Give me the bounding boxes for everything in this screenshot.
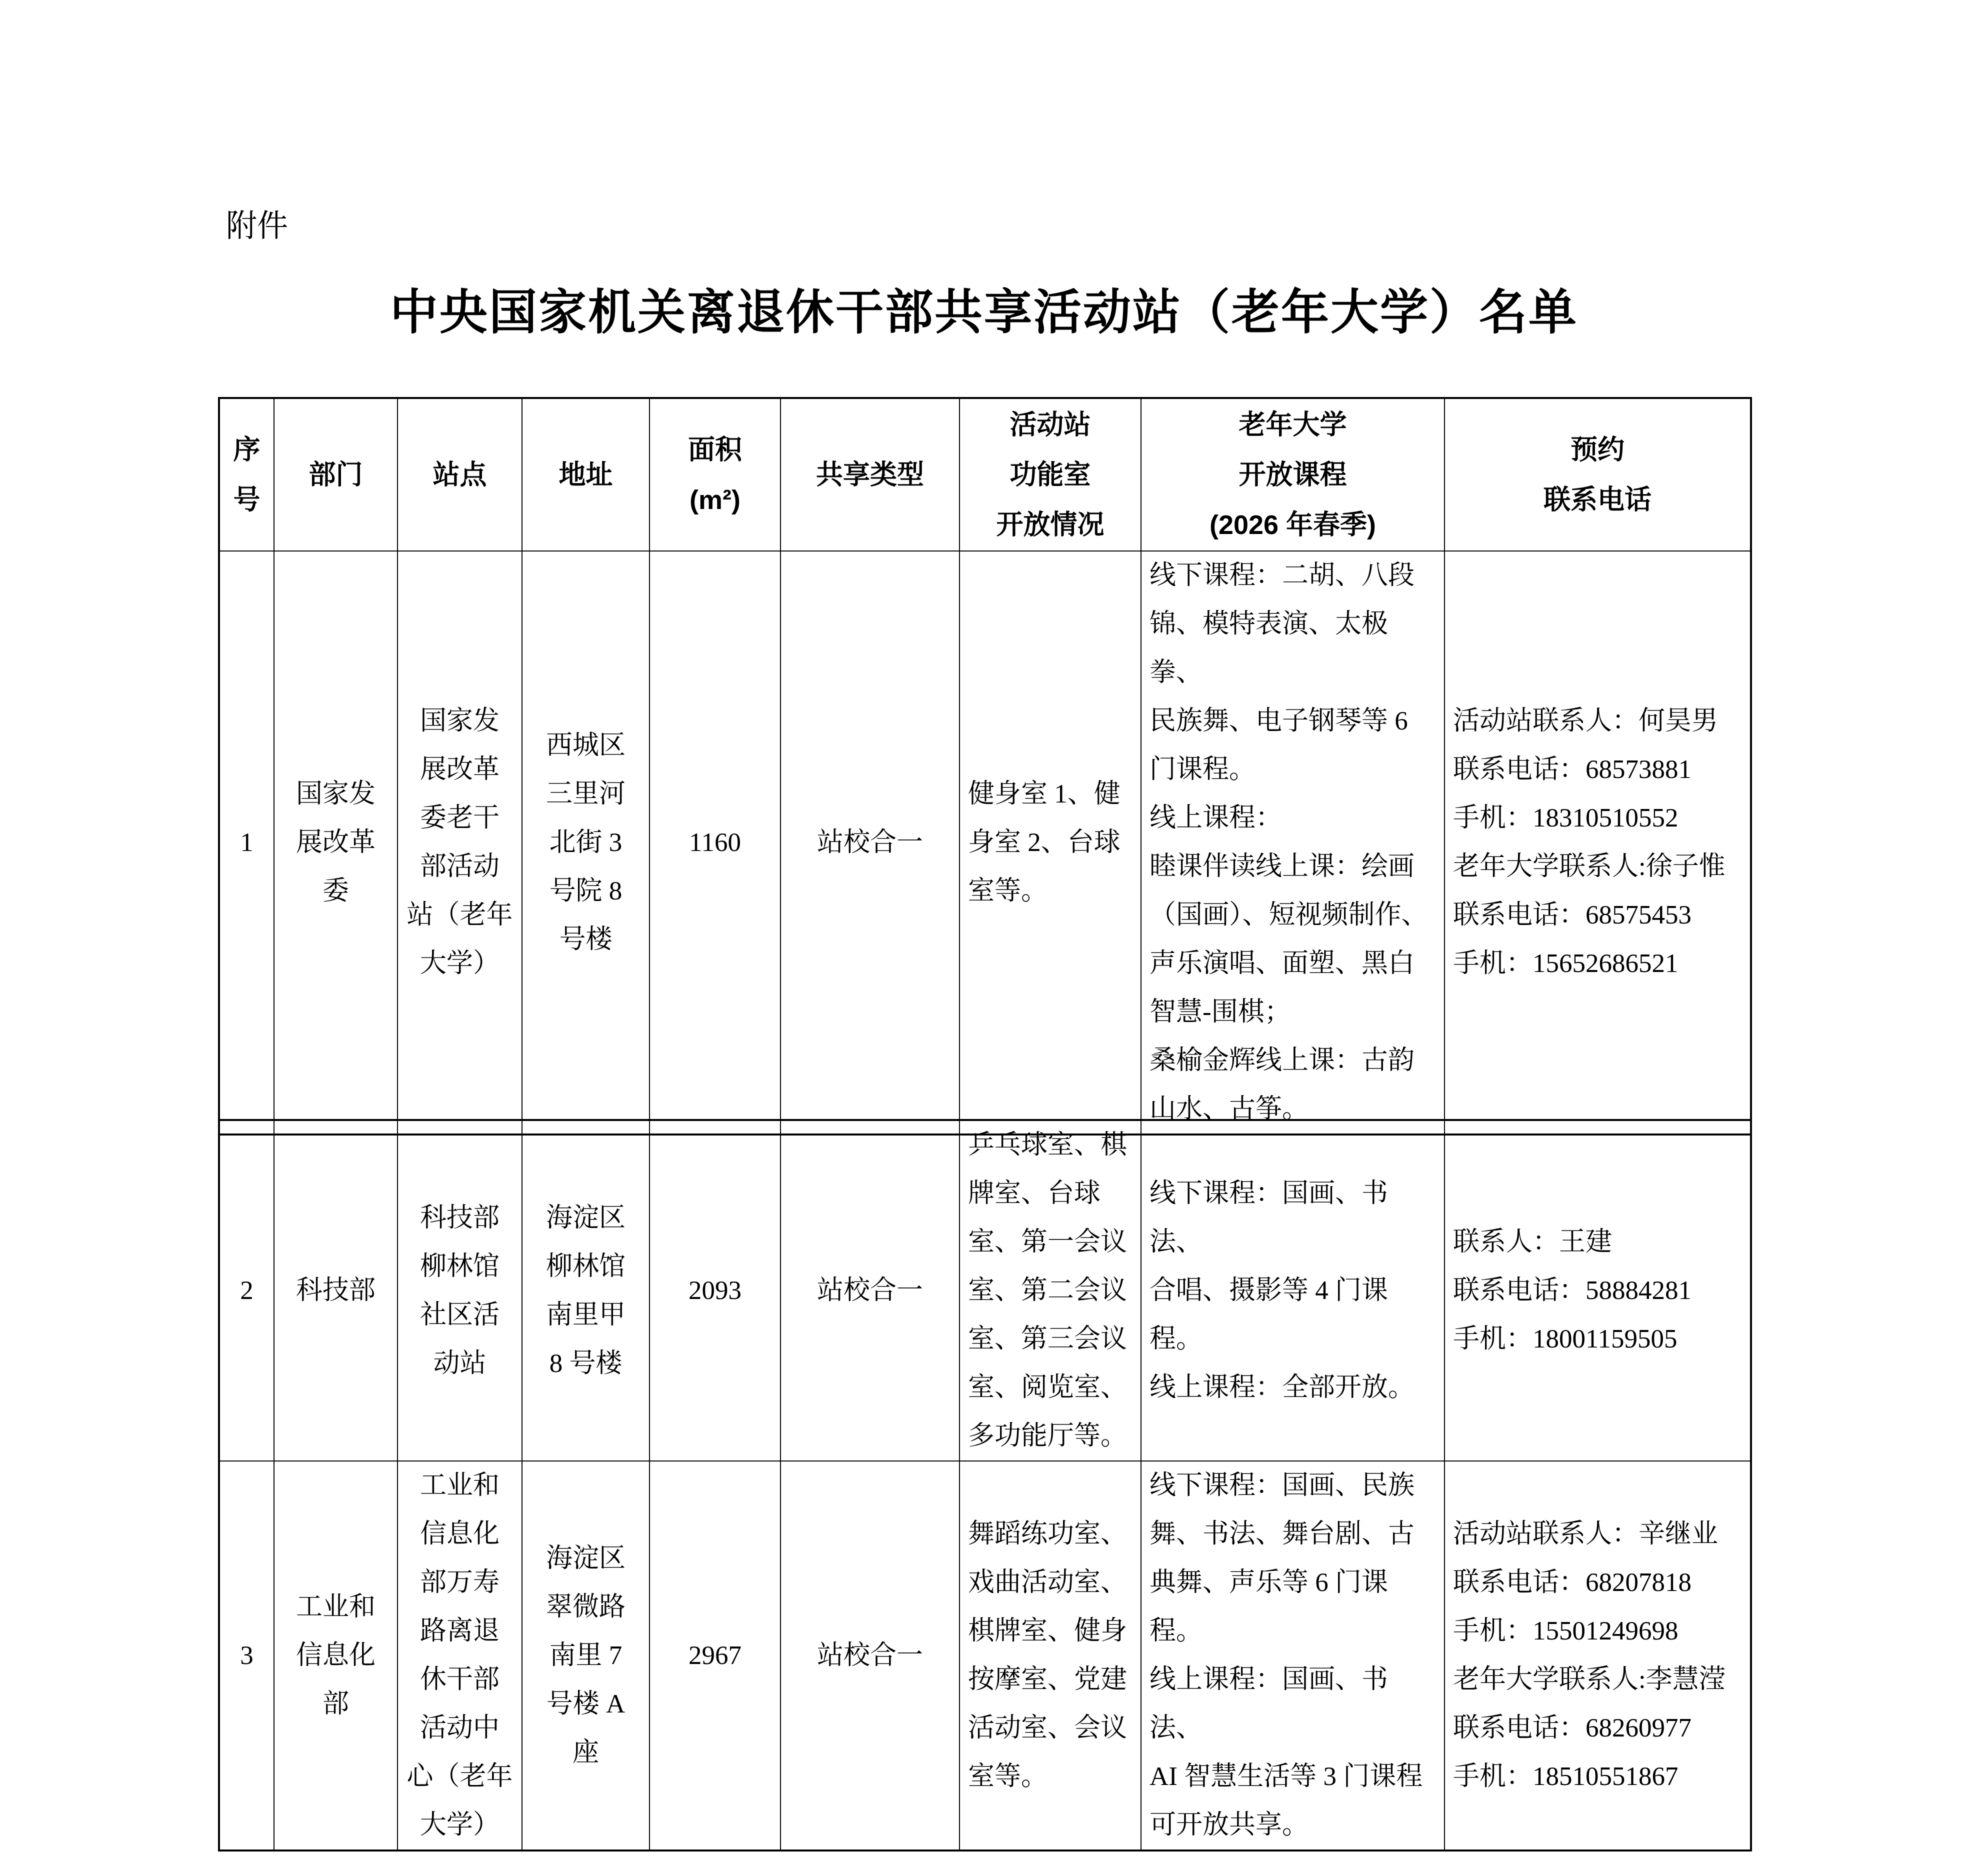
cell-sharing-type: 站校合一 <box>780 1120 959 1461</box>
header-area: 面积 (m²) <box>649 398 780 551</box>
cell-address: 西城区 三里河 北街 3 号院 8 号楼 <box>522 551 649 1134</box>
table-row: 2 科技部 科技部 柳林馆 社区活 动站 海淀区 柳林馆 南里甲 8 号楼 20… <box>219 1120 1751 1461</box>
table-header-row: 序 号 部门 站点 地址 面积 (m²) 共享类型 活动站 功能室 开放情况 老… <box>219 398 1751 551</box>
header-function-rooms: 活动站 功能室 开放情况 <box>959 398 1141 551</box>
attachment-label: 附件 <box>226 208 288 245</box>
cell-address: 海淀区 柳林馆 南里甲 8 号楼 <box>522 1120 649 1461</box>
cell-function-rooms: 乒乓球室、棋 牌室、台球 室、第一会议 室、第二会议 室、第三会议 室、阅览室、… <box>959 1120 1141 1461</box>
page-title: 中央国家机关离退休干部共享活动站（老年大学）名单 <box>218 274 1750 342</box>
cell-station: 科技部 柳林馆 社区活 动站 <box>397 1120 522 1461</box>
cell-sharing-type: 站校合一 <box>780 551 959 1134</box>
cell-open-courses: 线下课程：国画、民族 舞、书法、舞台剧、古 典舞、声乐等 6 门课程。 线上课程… <box>1141 1461 1444 1850</box>
cell-open-courses: 线下课程：二胡、八段 锦、模特表演、太极拳、 民族舞、电子钢琴等 6 门课程。 … <box>1141 551 1444 1134</box>
stations-table-block-1: 序 号 部门 站点 地址 面积 (m²) 共享类型 活动站 功能室 开放情况 老… <box>218 397 1752 1135</box>
header-sharing-type: 共享类型 <box>780 398 959 551</box>
cell-contact-phone: 活动站联系人：何昊男 联系电话：68573881 手机：18310510552 … <box>1444 551 1751 1134</box>
cell-function-rooms: 舞蹈练功室、 戏曲活动室、 棋牌室、健身 按摩室、党建 活动室、会议 室等。 <box>959 1461 1141 1850</box>
cell-area: 2967 <box>649 1461 780 1850</box>
header-open-courses: 老年大学 开放课程 (2026 年春季) <box>1141 398 1444 551</box>
cell-contact-phone: 联系人：王建 联系电话：58884281 手机：18001159505 <box>1444 1120 1751 1461</box>
stations-table-block-2: 2 科技部 科技部 柳林馆 社区活 动站 海淀区 柳林馆 南里甲 8 号楼 20… <box>218 1119 1752 1851</box>
cell-sharing-type: 站校合一 <box>780 1461 959 1850</box>
cell-address: 海淀区 翠微路 南里 7 号楼 A 座 <box>522 1461 649 1850</box>
header-serial-number: 序 号 <box>219 398 274 551</box>
cell-station: 工业和 信息化 部万寿 路离退 休干部 活动中 心（老年 大学） <box>397 1461 522 1850</box>
header-address: 地址 <box>522 398 649 551</box>
cell-department: 工业和 信息化 部 <box>274 1461 397 1850</box>
cell-open-courses: 线下课程：国画、书法、 合唱、摄影等 4 门课程。 线上课程：全部开放。 <box>1141 1120 1444 1461</box>
document-page: 附件 中央国家机关离退休干部共享活动站（老年大学）名单 序 号 部门 站点 地址… <box>0 0 1964 1876</box>
header-station: 站点 <box>397 398 522 551</box>
cell-serial-number: 1 <box>219 551 274 1134</box>
table-row: 3 工业和 信息化 部 工业和 信息化 部万寿 路离退 休干部 活动中 心（老年… <box>219 1461 1751 1850</box>
cell-contact-phone: 活动站联系人：辛继业 联系电话：68207818 手机：15501249698 … <box>1444 1461 1751 1850</box>
header-department: 部门 <box>274 398 397 551</box>
cell-area: 2093 <box>649 1120 780 1461</box>
table-row: 1 国家发 展改革 委 国家发 展改革 委老干 部活动 站（老年 大学） 西城区… <box>219 551 1751 1134</box>
cell-function-rooms: 健身室 1、健 身室 2、台球 室等。 <box>959 551 1141 1134</box>
header-contact-phone: 预约 联系电话 <box>1444 398 1751 551</box>
cell-serial-number: 2 <box>219 1120 274 1461</box>
cell-department: 国家发 展改革 委 <box>274 551 397 1134</box>
cell-department: 科技部 <box>274 1120 397 1461</box>
cell-area: 1160 <box>649 551 780 1134</box>
cell-serial-number: 3 <box>219 1461 274 1850</box>
cell-station: 国家发 展改革 委老干 部活动 站（老年 大学） <box>397 551 522 1134</box>
